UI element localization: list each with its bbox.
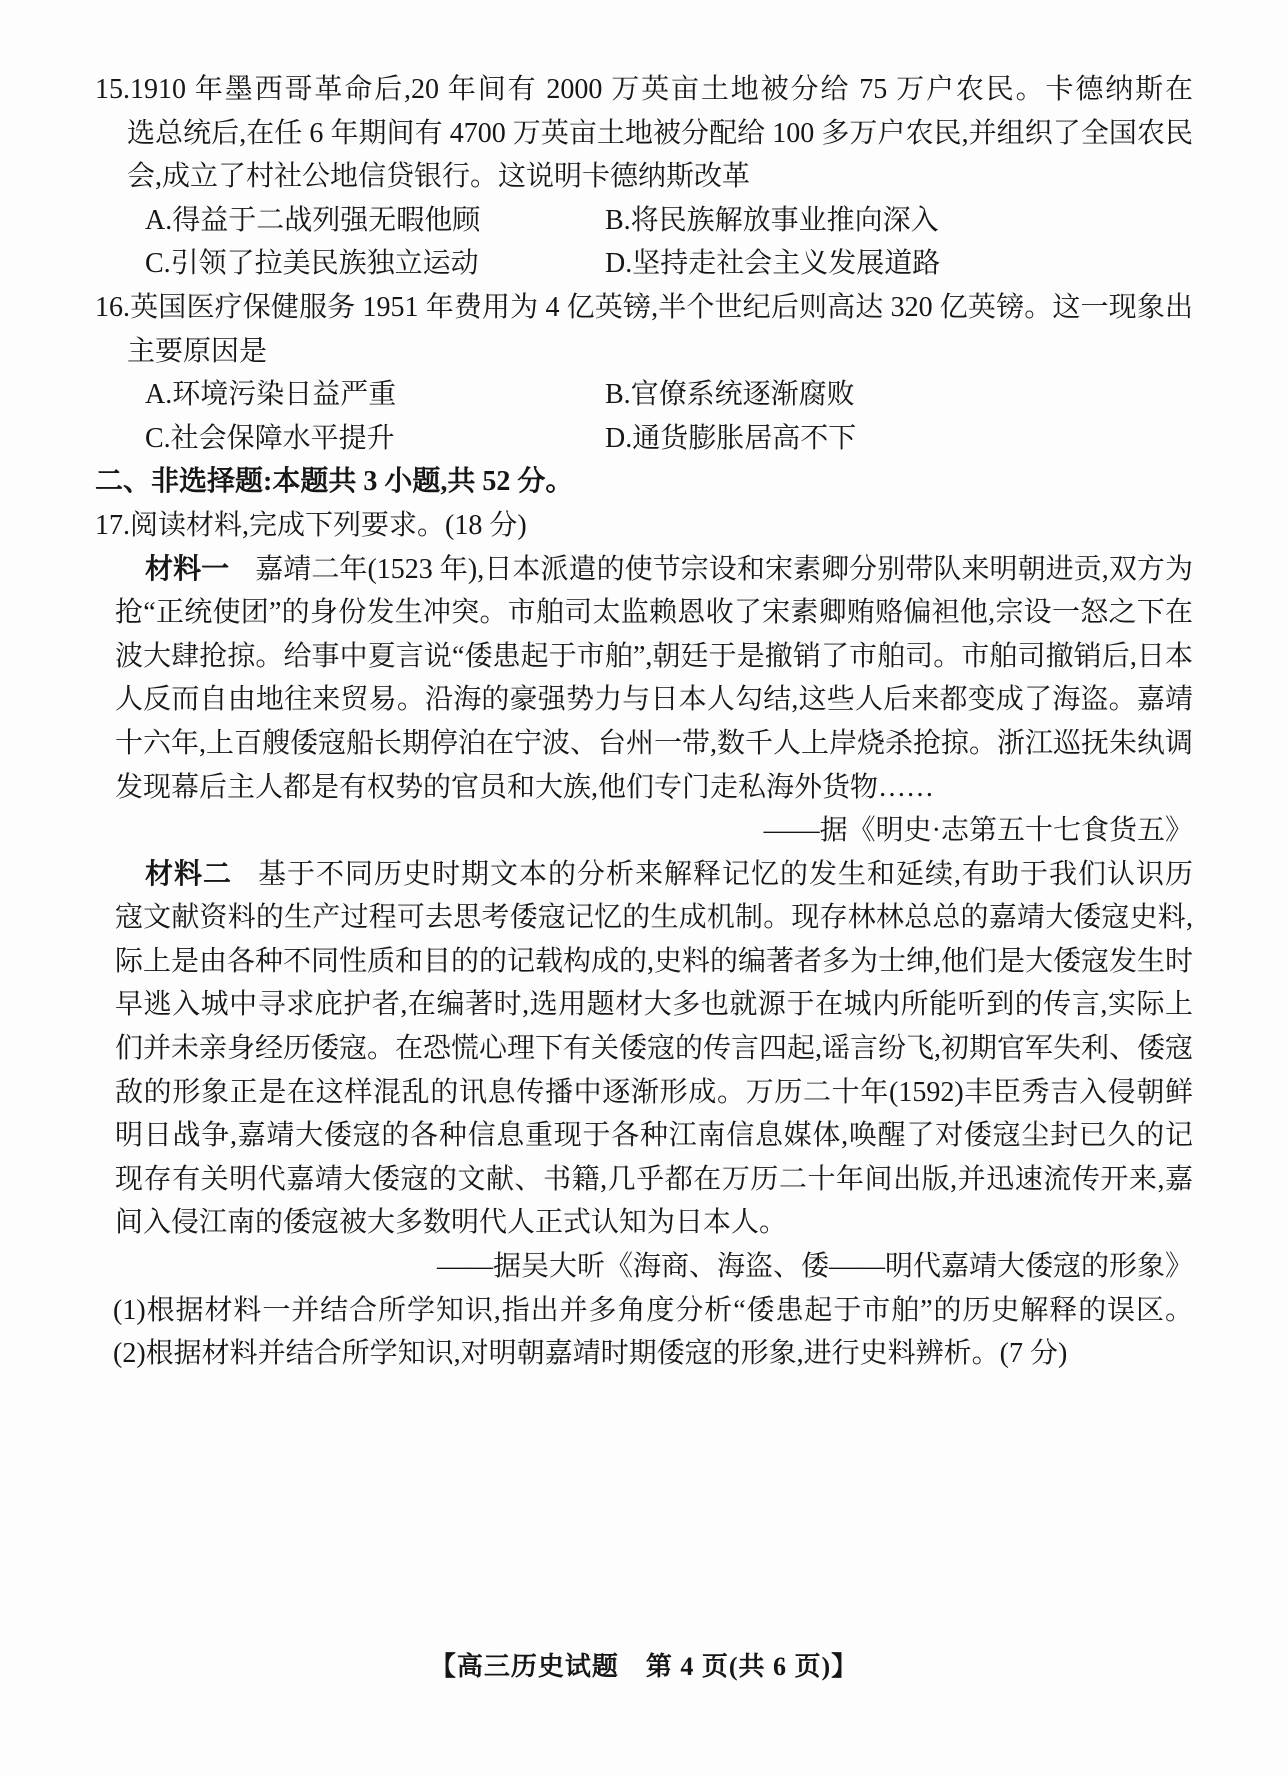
- material-1-label: 材料一: [145, 554, 229, 585]
- q17-subquestion-2: (2)根据材料并结合所学知识,对明朝嘉靖时期倭寇的形象,进行史料辨析。(7 分): [113, 1332, 1193, 1376]
- q16-options-row-1: A.环境污染日益严重 B.官僚系统逐渐腐败: [95, 373, 1193, 417]
- q15-stem-line-2: 选总统后,在任 6 年期间有 4700 万英亩土地被分配给 100 多万户农民,…: [127, 112, 1193, 156]
- q16-option-d: D.通货膨胀居高不下: [605, 417, 1193, 461]
- page-footer: 【高三历史试题 第 4 页(共 6 页)】: [0, 1646, 1288, 1683]
- material-2-line-4: 早逃入城中寻求庇护者,在编著时,选用题材大多也就源于在城内所能听到的传言,实际上…: [115, 983, 1193, 1027]
- section-2-header: 二、非选择题:本题共 3 小题,共 52 分。: [95, 460, 1193, 504]
- q15-option-d: D.坚持走社会主义发展道路: [605, 242, 1193, 286]
- material-2-first-line: 材料二基于不同历史时期文本的分析来解释记忆的发生和延续,有助于我们认识历史,从倭: [145, 853, 1193, 897]
- material-1-first-line: 材料一嘉靖二年(1523 年),日本派遣的使节宗设和宋素卿分别带队来明朝进贡,双…: [145, 548, 1193, 592]
- q16-option-c: C.社会保障水平提升: [145, 417, 605, 461]
- material-1-text: 嘉靖二年(1523 年),日本派遣的使节宗设和宋素卿分别带队来明朝进贡,双方为了…: [145, 554, 1193, 592]
- q17-subquestion-1: (1)根据材料一并结合所学知识,指出并多角度分析“倭患起于市舶”的历史解释的误区…: [113, 1289, 1193, 1333]
- q16-stem-line-1: 16.英国医疗保健服务 1951 年费用为 4 亿英镑,半个世纪后则高达 320…: [95, 286, 1193, 330]
- material-2-line-3: 际上是由各种不同性质和目的的记载构成的,史料的编著者多为士绅,他们是大倭寇发生时…: [115, 940, 1193, 984]
- material-2-line-5: 们并未亲身经历倭寇。在恐慌心理下有关倭寇的传言四起,谣言纷飞,初期官军失利、倭寇…: [115, 1027, 1193, 1071]
- exam-paper-page: 15.1910 年墨西哥革命后,20 年间有 2000 万英亩土地被分给 75 …: [0, 0, 1288, 1776]
- material-2-line-6: 敌的形象正是在这样混乱的讯息传播中逐渐形成。万历二十年(1592)丰臣秀吉入侵朝…: [115, 1071, 1193, 1115]
- q15-options-row-2: C.引领了拉美民族独立运动 D.坚持走社会主义发展道路: [95, 242, 1193, 286]
- q15-options-row-1: A.得益于二战列强无暇他顾 B.将民族解放事业推向深入: [95, 199, 1193, 243]
- material-2-text: 基于不同历史时期文本的分析来解释记忆的发生和延续,有助于我们认识历史,从倭: [145, 859, 1193, 897]
- q16-option-b: B.官僚系统逐渐腐败: [605, 373, 1193, 417]
- material-2-line-7: 明日战争,嘉靖大倭寇的各种信息重现于各种江南信息媒体,唤醒了对倭寇尘封已久的记忆…: [115, 1114, 1193, 1158]
- q15-option-c: C.引领了拉美民族独立运动: [145, 242, 605, 286]
- material-2-line-2: 寇文献资料的生产过程可去思考倭寇记忆的生成机制。现存林林总总的嘉靖大倭寇史料,实: [115, 896, 1193, 940]
- exam-content: 15.1910 年墨西哥革命后,20 年间有 2000 万英亩土地被分给 75 …: [95, 68, 1193, 1376]
- material-2-line-9: 间入侵江南的倭寇被大多数明代人正式认知为日本人。: [115, 1201, 1193, 1245]
- q16-stem-line-2: 主要原因是: [127, 330, 1193, 374]
- material-1-line-3: 波大肆抢掠。给事中夏言说“倭患起于市舶”,朝廷于是撤销了市舶司。市舶司撤销后,日…: [115, 635, 1193, 679]
- q15-stem-line-3: 会,成立了村社公地信贷银行。这说明卡德纳斯改革: [127, 155, 1193, 199]
- material-2-source: ——据吴大昕《海商、海盗、倭——明代嘉靖大倭寇的形象》: [95, 1245, 1193, 1289]
- material-2-label: 材料二: [145, 859, 232, 890]
- q16-option-a: A.环境污染日益严重: [145, 373, 605, 417]
- material-1-line-4: 人反而自由地往来贸易。沿海的豪强势力与日本人勾结,这些人后来都变成了海盗。嘉靖二: [115, 678, 1193, 722]
- q15-stem-line-1: 15.1910 年墨西哥革命后,20 年间有 2000 万英亩土地被分给 75 …: [95, 68, 1193, 112]
- material-1-source: ——据《明史·志第五十七食货五》: [95, 809, 1193, 853]
- q15-option-a: A.得益于二战列强无暇他顾: [145, 199, 605, 243]
- material-1-line-5: 十六年,上百艘倭寇船长期停泊在宁波、台州一带,数千人上岸烧杀抢掠。浙江巡抚朱纨调…: [115, 722, 1193, 766]
- q16-options-row-2: C.社会保障水平提升 D.通货膨胀居高不下: [95, 417, 1193, 461]
- material-1-line-2: 抢“正统使团”的身份发生冲突。市舶司太监赖恩收了宋素卿贿赂偏袒他,宗设一怒之下在…: [115, 591, 1193, 635]
- material-2-line-8: 现存有关明代嘉靖大倭寇的文献、书籍,几乎都在万历二十年间出版,并迅速流传开来,嘉…: [115, 1158, 1193, 1202]
- q15-option-b: B.将民族解放事业推向深入: [605, 199, 1193, 243]
- material-1-line-6: 发现幕后主人都是有权势的官员和大族,他们专门走私海外货物……: [115, 766, 1193, 810]
- q17-title: 17.阅读材料,完成下列要求。(18 分): [95, 504, 1193, 548]
